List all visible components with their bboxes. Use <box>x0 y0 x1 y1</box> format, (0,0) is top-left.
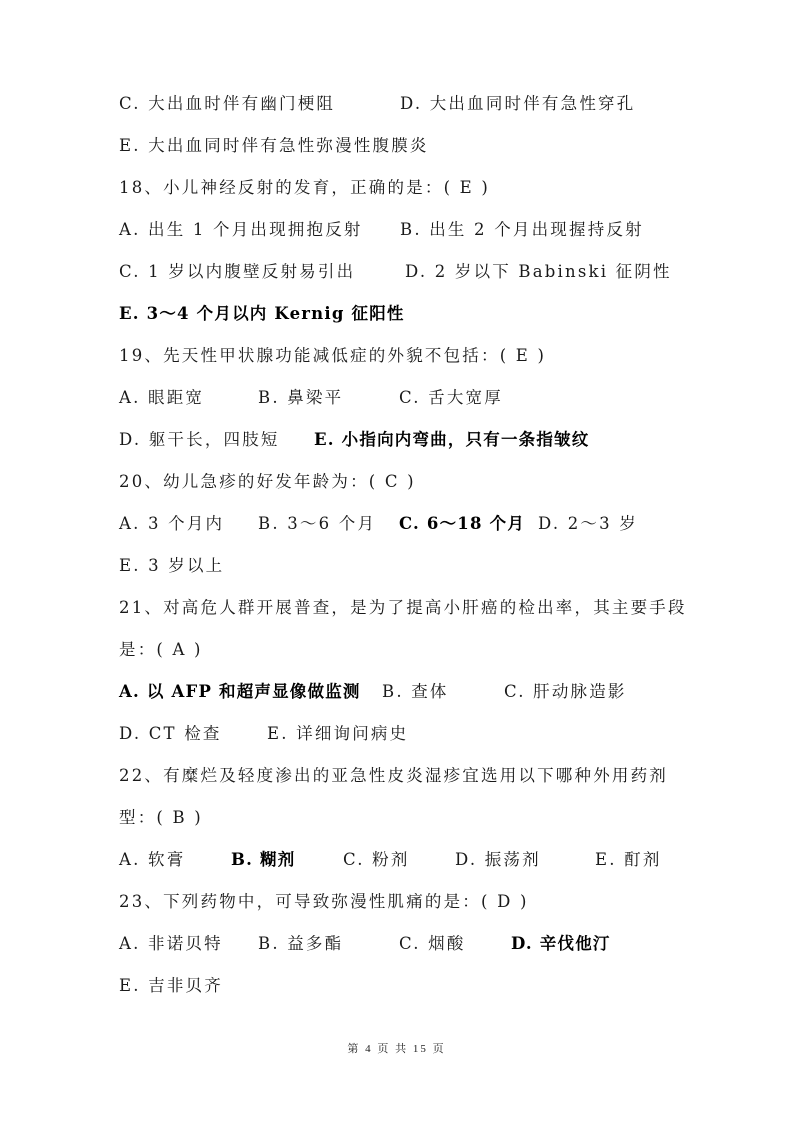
answer-option-correct: E. 小指向内弯曲，只有一条指皱纹 <box>314 427 589 453</box>
text-line: 21、对高危人群开展普查，是为了提高小肝癌的检出率，其主要手段 <box>119 595 719 621</box>
text-line: A. 3 个月内B. 3～6 个月C. 6～18 个月D. 2～3 岁 <box>119 511 719 537</box>
answer-option: E. 大出血同时伴有急性弥漫性腹膜炎 <box>119 133 429 159</box>
text-line: 20、幼儿急疹的好发年龄为：( C ) <box>119 469 719 495</box>
answer-option: D. CT 检查 <box>119 721 222 747</box>
answer-option: C. 舌大宽厚 <box>399 385 503 411</box>
text-line: 23、下列药物中，可导致弥漫性肌痛的是：( D ) <box>119 889 719 915</box>
answer-option: E. 吉非贝齐 <box>119 973 223 999</box>
question-text: 19、先天性甲状腺功能减低症的外貌不包括：( E ) <box>119 343 546 369</box>
answer-option: B. 益多酯 <box>258 931 343 957</box>
answer-option: C. 大出血时伴有幽门梗阻 <box>119 91 335 117</box>
question-text: 是：( A ) <box>119 637 203 663</box>
answer-option: D. 大出血同时伴有急性穿孔 <box>400 91 635 117</box>
question-text: 23、下列药物中，可导致弥漫性肌痛的是：( D ) <box>119 889 529 915</box>
text-line: E. 大出血同时伴有急性弥漫性腹膜炎 <box>119 133 719 159</box>
answer-option: D. 振荡剂 <box>455 847 541 873</box>
answer-option-correct: B. 糊剂 <box>231 847 295 873</box>
answer-option: A. 非诺贝特 <box>119 931 223 957</box>
question-text: 18、小儿神经反射的发育，正确的是：( E ) <box>119 175 490 201</box>
text-line: A. 软膏B. 糊剂C. 粉剂D. 振荡剂E. 酊剂 <box>119 847 719 873</box>
text-line: A. 眼距宽B. 鼻梁平C. 舌大宽厚 <box>119 385 719 411</box>
answer-option: A. 3 个月内 <box>119 511 224 537</box>
answer-option: B. 3～6 个月 <box>258 511 376 537</box>
answer-option: B. 鼻梁平 <box>258 385 343 411</box>
answer-option-correct: C. 6～18 个月 <box>399 511 525 537</box>
answer-option: C. 烟酸 <box>399 931 466 957</box>
text-line: 型：( B ) <box>119 805 719 831</box>
text-line: E. 吉非贝齐 <box>119 973 719 999</box>
text-line: 22、有糜烂及轻度渗出的亚急性皮炎湿疹宜选用以下哪种外用药剂 <box>119 763 719 789</box>
text-line: C. 1 岁以内腹壁反射易引出D. 2 岁以下 Babinski 征阴性 <box>119 259 719 285</box>
answer-option: D. 2～3 岁 <box>538 511 638 537</box>
answer-option: A. 眼距宽 <box>119 385 204 411</box>
question-text: 型：( B ) <box>119 805 203 831</box>
answer-option: C. 粉剂 <box>343 847 410 873</box>
answer-option: D. 躯干长，四肢短 <box>119 427 280 453</box>
answer-option-correct: A. 以 AFP 和超声显像做监测 <box>119 679 361 705</box>
answer-option-correct: E. 3～4 个月以内 Kernig 征阳性 <box>119 301 405 327</box>
text-line: A. 以 AFP 和超声显像做监测B. 查体C. 肝动脉造影 <box>119 679 719 705</box>
answer-option: E. 3 岁以上 <box>119 553 224 579</box>
text-line: A. 非诺贝特B. 益多酯C. 烟酸D. 辛伐他汀 <box>119 931 719 957</box>
question-text: 22、有糜烂及轻度渗出的亚急性皮炎湿疹宜选用以下哪种外用药剂 <box>119 763 668 789</box>
text-line: C. 大出血时伴有幽门梗阻D. 大出血同时伴有急性穿孔 <box>119 91 719 117</box>
text-line: D. CT 检查E. 详细询问病史 <box>119 721 719 747</box>
text-line: 是：( A ) <box>119 637 719 663</box>
text-line: E. 3 岁以上 <box>119 553 719 579</box>
answer-option: D. 2 岁以下 Babinski 征阴性 <box>405 259 672 285</box>
document-page: C. 大出血时伴有幽门梗阻D. 大出血同时伴有急性穿孔E. 大出血同时伴有急性弥… <box>0 0 793 1122</box>
page-footer: 第 4 页 共 15 页 <box>0 1040 793 1056</box>
text-line: 18、小儿神经反射的发育，正确的是：( E ) <box>119 175 719 201</box>
text-line: E. 3～4 个月以内 Kernig 征阳性 <box>119 301 719 327</box>
text-line: D. 躯干长，四肢短E. 小指向内弯曲，只有一条指皱纹 <box>119 427 719 453</box>
text-line: 19、先天性甲状腺功能减低症的外貌不包括：( E ) <box>119 343 719 369</box>
question-text: 21、对高危人群开展普查，是为了提高小肝癌的检出率，其主要手段 <box>119 595 687 621</box>
answer-option-correct: D. 辛伐他汀 <box>511 931 611 957</box>
answer-option: B. 出生 2 个月出现握持反射 <box>400 217 644 243</box>
answer-option: C. 肝动脉造影 <box>504 679 627 705</box>
answer-option: E. 详细询问病史 <box>267 721 408 747</box>
answer-option: C. 1 岁以内腹壁反射易引出 <box>119 259 355 285</box>
answer-option: B. 查体 <box>382 679 449 705</box>
text-line: A. 出生 1 个月出现拥抱反射B. 出生 2 个月出现握持反射 <box>119 217 719 243</box>
answer-option: E. 酊剂 <box>595 847 662 873</box>
answer-option: A. 出生 1 个月出现拥抱反射 <box>119 217 363 243</box>
question-text: 20、幼儿急疹的好发年龄为：( C ) <box>119 469 416 495</box>
answer-option: A. 软膏 <box>119 847 185 873</box>
